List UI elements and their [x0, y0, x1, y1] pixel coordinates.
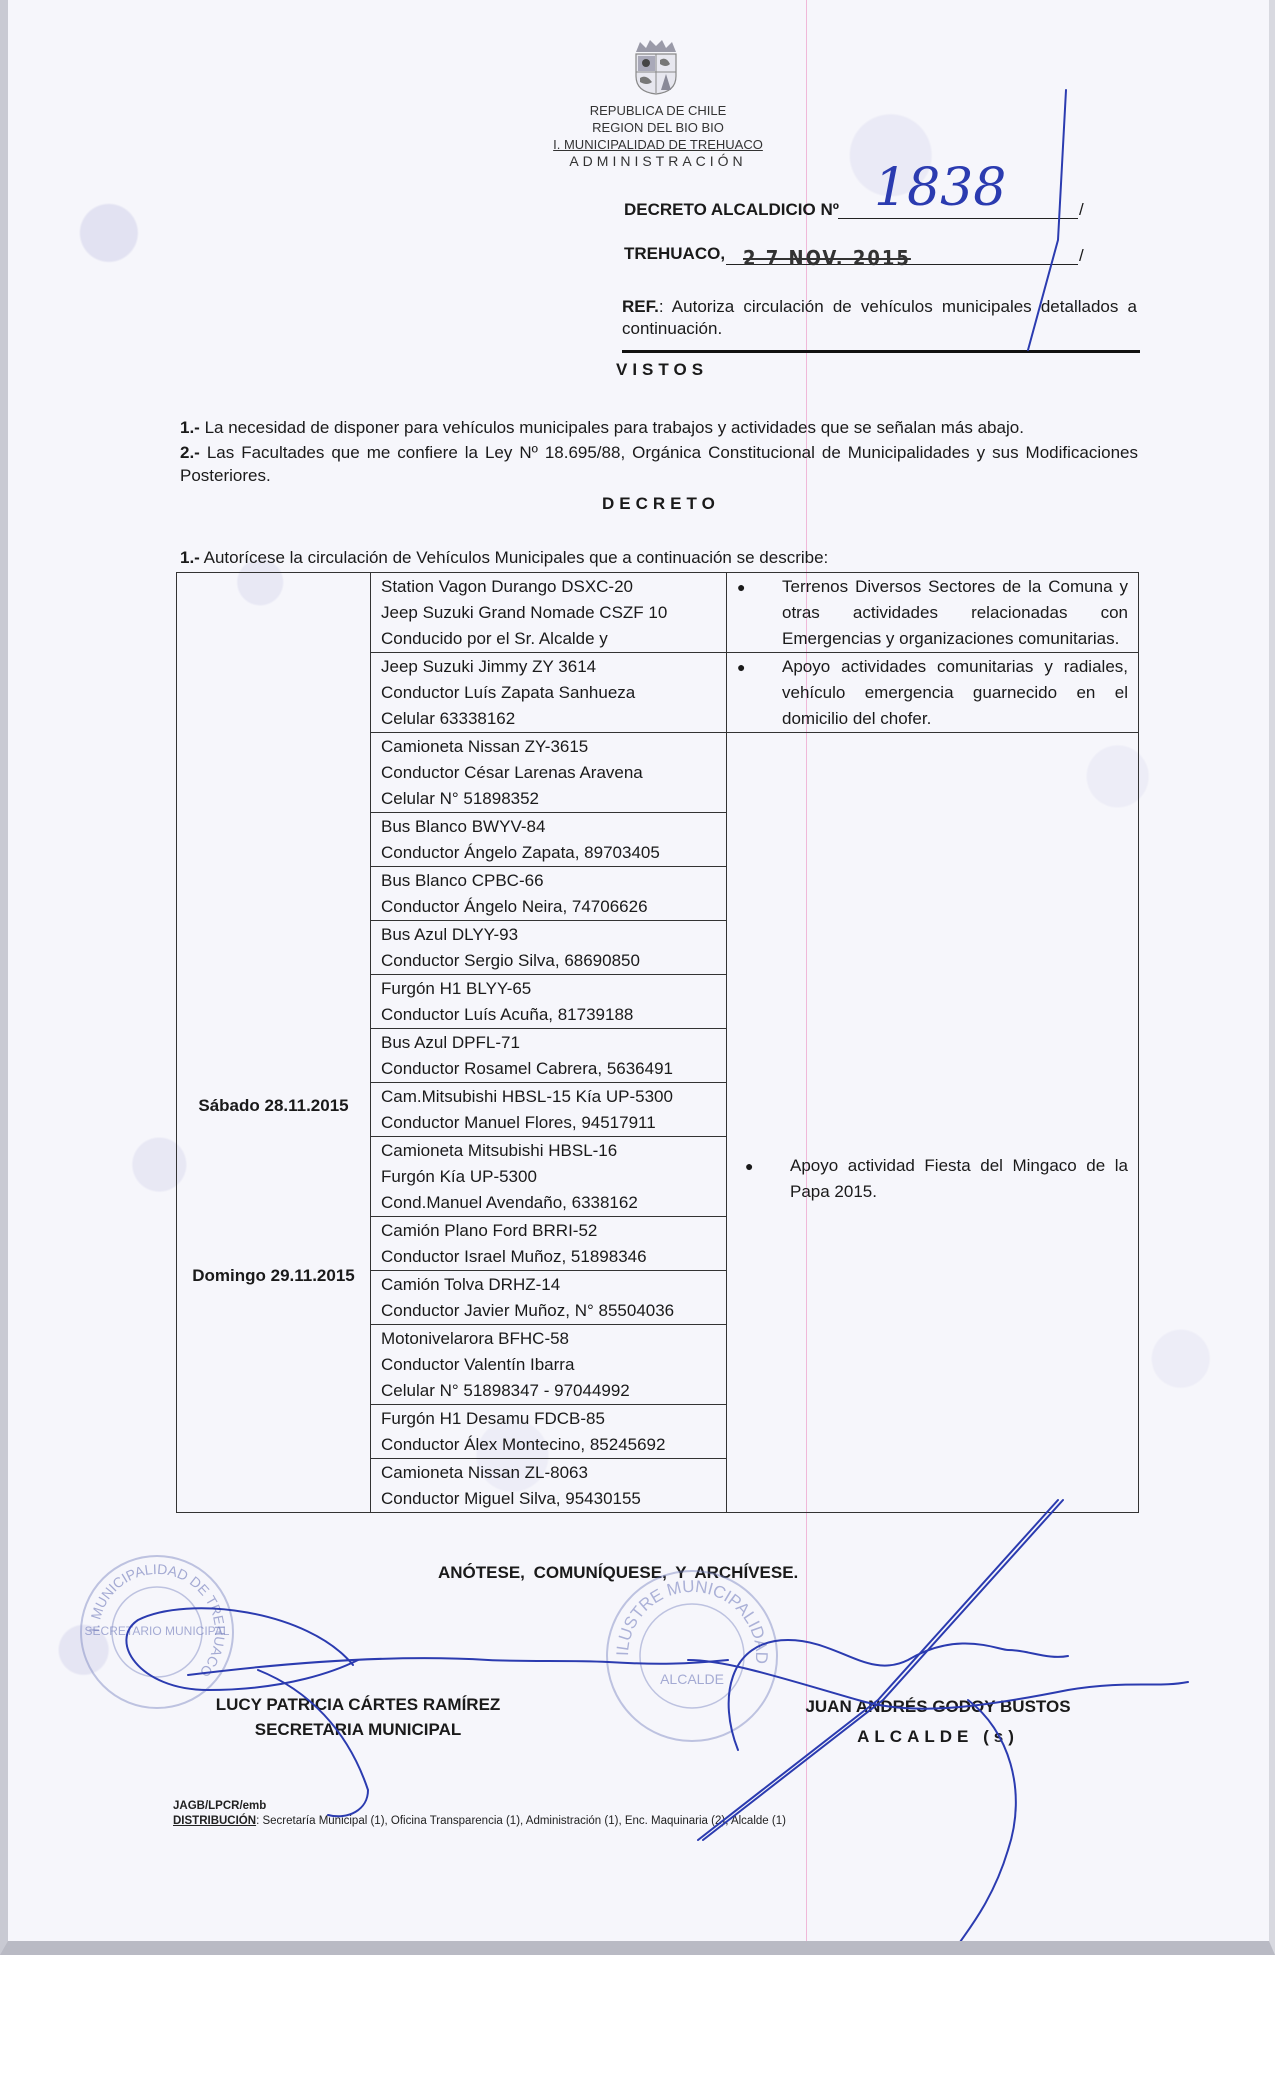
- vehicle-line: Jeep Suzuki Grand Nomade CSZF 10: [381, 600, 716, 626]
- svg-text:ILUSTRE MUNICIPALIDAD: ILUSTRE MUNICIPALIDAD: [613, 1577, 771, 1664]
- decreto-heading: DECRETO: [602, 494, 720, 514]
- vehicle-line: Conductor Sergio Silva, 68690850: [381, 948, 716, 974]
- place-label: TREHUACO,: [624, 244, 725, 264]
- vehicle-cell: Bus Azul DPFL-71Conductor Rosamel Cabrer…: [371, 1029, 727, 1083]
- decree-number-label: DECRETO ALCALDICIO Nº: [624, 200, 839, 220]
- vehicle-cell: Camioneta Nissan ZL-8063Conductor Miguel…: [371, 1459, 727, 1513]
- vehicle-line: Conductor Miguel Silva, 95430155: [381, 1486, 716, 1512]
- vehicle-line: Bus Azul DPFL-71: [381, 1030, 716, 1056]
- vehicle-cell: Bus Azul DLYY-93Conductor Sergio Silva, …: [371, 921, 727, 975]
- vehicle-cell: Motonivelarora BFHC-58Conductor Valentín…: [371, 1325, 727, 1405]
- date-stamp: 2 7 NOV. 2015: [743, 246, 911, 270]
- mayor-name: JUAN ANDRÉS GODOY BUSTOS: [738, 1697, 1138, 1717]
- vehicle-cell: Station Vagon Durango DSXC-20Jeep Suzuki…: [371, 573, 727, 653]
- mayor-title: ALCALDE (s): [738, 1727, 1138, 1747]
- vehicle-line: Conductor Luís Zapata Sanhueza: [381, 680, 716, 706]
- vehicle-line: Conductor Javier Muñoz, N° 85504036: [381, 1298, 716, 1324]
- activity-text: Apoyo actividades comunitarias y radiale…: [782, 654, 1128, 732]
- vehicle-line: Camioneta Nissan ZY-3615: [381, 734, 716, 760]
- vehicle-line: Celular N° 51898352: [381, 786, 716, 812]
- reference-label: REF.: [622, 297, 659, 316]
- vehicle-line: Conductor Valentín Ibarra: [381, 1352, 716, 1378]
- vehicle-cell: Camión Tolva DRHZ-14Conductor Javier Muñ…: [371, 1271, 727, 1325]
- vehicle-line: Furgón Kía UP-5300: [381, 1164, 716, 1190]
- vistos-item-1: 1.- La necesidad de disponer para vehícu…: [180, 416, 1138, 439]
- decreto-intro: 1.- Autorícese la circulación de Vehícul…: [180, 546, 1138, 569]
- vehicle-cell: Bus Blanco BWYV-84Conductor Ángelo Zapat…: [371, 813, 727, 867]
- vehicle-cell: Furgón H1 BLYY-65Conductor Luís Acuña, 8…: [371, 975, 727, 1029]
- vehicle-line: Furgón H1 BLYY-65: [381, 976, 716, 1002]
- vistos-item-2: 2.- Las Facultades que me confiere la Le…: [180, 441, 1138, 487]
- vehicle-line: Conductor Manuel Flores, 94517911: [381, 1110, 716, 1136]
- vehicle-cell: Bus Blanco CPBC-66Conductor Ángelo Neira…: [371, 867, 727, 921]
- vehicle-table: Sábado 28.11.2015Domingo 29.11.2015Stati…: [176, 572, 1139, 1513]
- header-department: ADMINISTRACIÓN: [388, 153, 928, 170]
- decree-number-handwritten: 1838: [874, 158, 1006, 218]
- activity-text: Terrenos Diversos Sectores de la Comuna …: [782, 574, 1128, 652]
- svg-text:SECRETARIO MUNICIPAL: SECRETARIO MUNICIPAL: [85, 1624, 230, 1638]
- secretary-title: SECRETARIA MUNICIPAL: [168, 1720, 548, 1740]
- vehicle-line: Celular N° 51898347 - 97044992: [381, 1378, 716, 1404]
- vehicle-line: Jeep Suzuki Jimmy ZY 3614: [381, 654, 716, 680]
- scanned-page: REPUBLICA DE CHILE REGION DEL BIO BIO I.…: [0, 0, 1275, 1955]
- vehicle-cell: Jeep Suzuki Jimmy ZY 3614Conductor Luís …: [371, 653, 727, 733]
- activity-cell: ●Terrenos Diversos Sectores de la Comuna…: [727, 573, 1139, 653]
- vehicle-row: Sábado 28.11.2015Domingo 29.11.2015Stati…: [177, 573, 1139, 653]
- svg-text:ALCALDE: ALCALDE: [660, 1671, 724, 1687]
- reference-text: : Autoriza circulación de vehículos muni…: [622, 297, 1137, 338]
- distribution: DISTRIBUCIÓN: Secretaría Municipal (1), …: [173, 1815, 786, 1827]
- vehicle-line: Bus Blanco BWYV-84: [381, 814, 716, 840]
- header-municipality: I. MUNICIPALIDAD DE TREHUACO: [388, 136, 928, 153]
- secretary-seal: I. MUNICIPALIDAD DE TREHUACO SECRETARIO …: [80, 1555, 234, 1709]
- vehicle-line: Station Vagon Durango DSXC-20: [381, 574, 716, 600]
- coat-of-arms-icon: [628, 38, 684, 96]
- vehicle-line: Conductor Álex Montecino, 85245692: [381, 1432, 716, 1458]
- vehicle-line: Furgón H1 Desamu FDCB-85: [381, 1406, 716, 1432]
- vehicle-line: Conducido por el Sr. Alcalde y: [381, 626, 716, 652]
- vehicle-line: Camión Plano Ford BRRI-52: [381, 1218, 716, 1244]
- bullet-icon: ●: [737, 574, 782, 652]
- reference: REF.: Autoriza circulación de vehículos …: [622, 296, 1137, 340]
- vistos-heading: VISTOS: [616, 360, 708, 380]
- svg-text:I. MUNICIPALIDAD DE TREHUACO: I. MUNICIPALIDAD DE TREHUACO: [86, 1561, 228, 1681]
- vehicle-line: Conductor Israel Muñoz, 51898346: [381, 1244, 716, 1270]
- vehicle-line: Bus Azul DLYY-93: [381, 922, 716, 948]
- vehicle-line: Cam.Mitsubishi HBSL-15 Kía UP-5300: [381, 1084, 716, 1110]
- date-label-saturday: Sábado 28.11.2015: [177, 1093, 370, 1119]
- header-country: REPUBLICA DE CHILE: [388, 102, 928, 119]
- secretary-name: LUCY PATRICIA CÁRTES RAMÍREZ: [168, 1695, 548, 1715]
- vehicle-line: Camión Tolva DRHZ-14: [381, 1272, 716, 1298]
- vehicle-line: Motonivelarora BFHC-58: [381, 1326, 716, 1352]
- date-column: Sábado 28.11.2015Domingo 29.11.2015: [177, 573, 371, 1513]
- activity-cell: ●Apoyo actividades comunitarias y radial…: [727, 653, 1139, 733]
- initials: JAGB/LPCR/emb: [173, 1800, 266, 1812]
- vehicle-line: Camioneta Nissan ZL-8063: [381, 1460, 716, 1486]
- bullet-icon: ●: [737, 654, 782, 732]
- date-label-sunday: Domingo 29.11.2015: [177, 1263, 370, 1289]
- bullet-icon: ●: [745, 1153, 790, 1205]
- vehicle-cell: Camioneta Nissan ZY-3615Conductor César …: [371, 733, 727, 813]
- vehicle-line: Conductor Rosamel Cabrera, 5636491: [381, 1056, 716, 1082]
- vehicle-line: Bus Blanco CPBC-66: [381, 868, 716, 894]
- header-region: REGION DEL BIO BIO: [388, 119, 928, 136]
- vehicle-cell: Camión Plano Ford BRRI-52Conductor Israe…: [371, 1217, 727, 1271]
- vehicle-line: Conductor Ángelo Neira, 74706626: [381, 894, 716, 920]
- reference-divider: [622, 350, 1140, 353]
- vehicle-line: Conductor Luís Acuña, 81739188: [381, 1002, 716, 1028]
- decree-number-line: [838, 218, 1078, 219]
- vehicle-line: Conductor Ángelo Zapata, 89703405: [381, 840, 716, 866]
- activity-cell: ●Apoyo actividad Fiesta del Mingaco de l…: [727, 733, 1139, 1513]
- vehicle-line: Cond.Manuel Avendaño, 6338162: [381, 1190, 716, 1216]
- activity-text: Apoyo actividad Fiesta del Mingaco de la…: [790, 1153, 1128, 1205]
- vehicle-cell: Cam.Mitsubishi HBSL-15 Kía UP-5300Conduc…: [371, 1083, 727, 1137]
- vehicle-cell: Camioneta Mitsubishi HBSL-16Furgón Kía U…: [371, 1137, 727, 1217]
- vehicle-line: Celular 63338162: [381, 706, 716, 732]
- slash-mark: /: [1079, 246, 1084, 266]
- vehicle-line: Camioneta Mitsubishi HBSL-16: [381, 1138, 716, 1164]
- vehicle-cell: Furgón H1 Desamu FDCB-85Conductor Álex M…: [371, 1405, 727, 1459]
- vehicle-line: Conductor César Larenas Aravena: [381, 760, 716, 786]
- slash-mark: /: [1079, 200, 1084, 220]
